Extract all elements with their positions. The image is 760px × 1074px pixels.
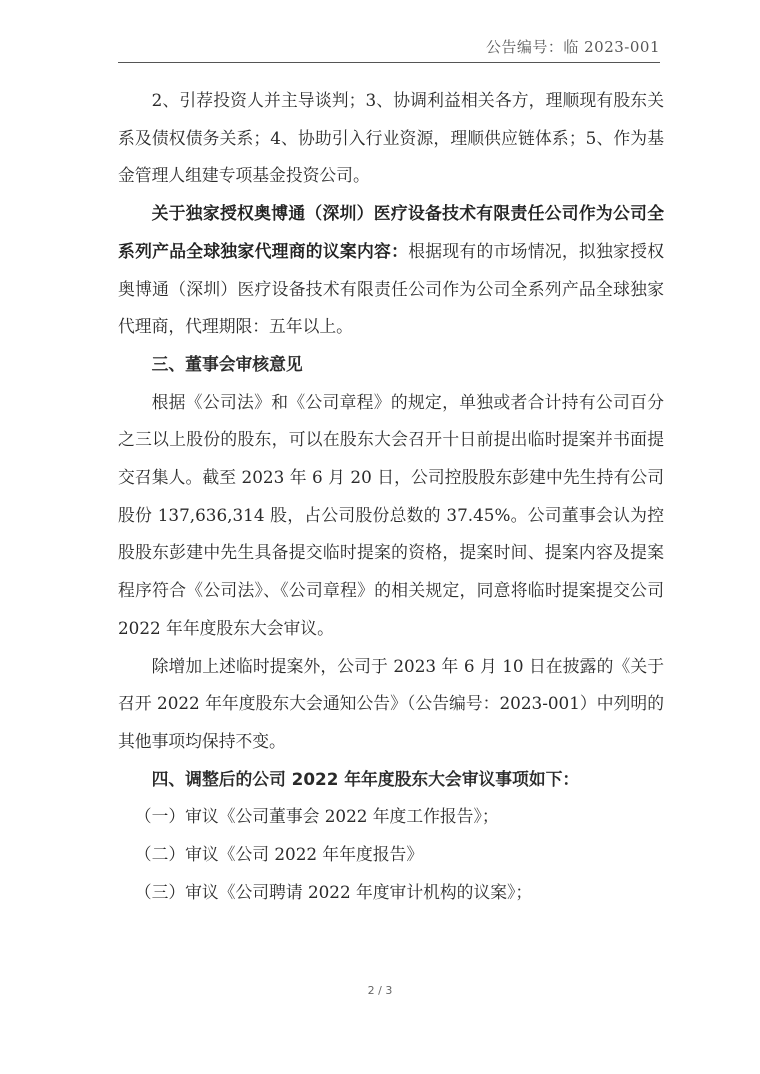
section-heading-board-review: 三、董事会审核意见 bbox=[118, 346, 664, 384]
section-heading-adjusted-agenda: 四、调整后的公司 2022 年年度股东大会审议事项如下： bbox=[118, 761, 664, 799]
paragraph-exclusive-agent: 关于独家授权奥博通（深圳）医疗设备技术有限责任公司作为公司全系列产品全球独家代理… bbox=[118, 195, 664, 346]
page-number: 2 / 3 bbox=[0, 984, 760, 997]
paragraph-services: 2、引荐投资人并主导谈判；3、协调利益相关各方，理顺现有股东关系及债权债务关系；… bbox=[118, 82, 664, 195]
paragraph-other-matters: 除增加上述临时提案外，公司于 2023 年 6 月 10 日在披露的《关于召开 … bbox=[118, 648, 664, 761]
agenda-item: （一）审议《公司董事会 2022 年度工作报告》； bbox=[118, 798, 664, 836]
paragraph-board-opinion: 根据《公司法》和《公司章程》的规定，单独或者合计持有公司百分之三以上股份的股东，… bbox=[118, 384, 664, 648]
agenda-item: （三）审议《公司聘请 2022 年度审计机构的议案》； bbox=[118, 874, 664, 912]
document-body: 2、引荐投资人并主导谈判；3、协调利益相关各方，理顺现有股东关系及债权债务关系；… bbox=[118, 82, 664, 911]
header-divider bbox=[118, 62, 660, 63]
announcement-number: 公告编号：临 2023-001 bbox=[118, 36, 660, 60]
agenda-item: （二）审议《公司 2022 年年度报告》 bbox=[118, 836, 664, 874]
